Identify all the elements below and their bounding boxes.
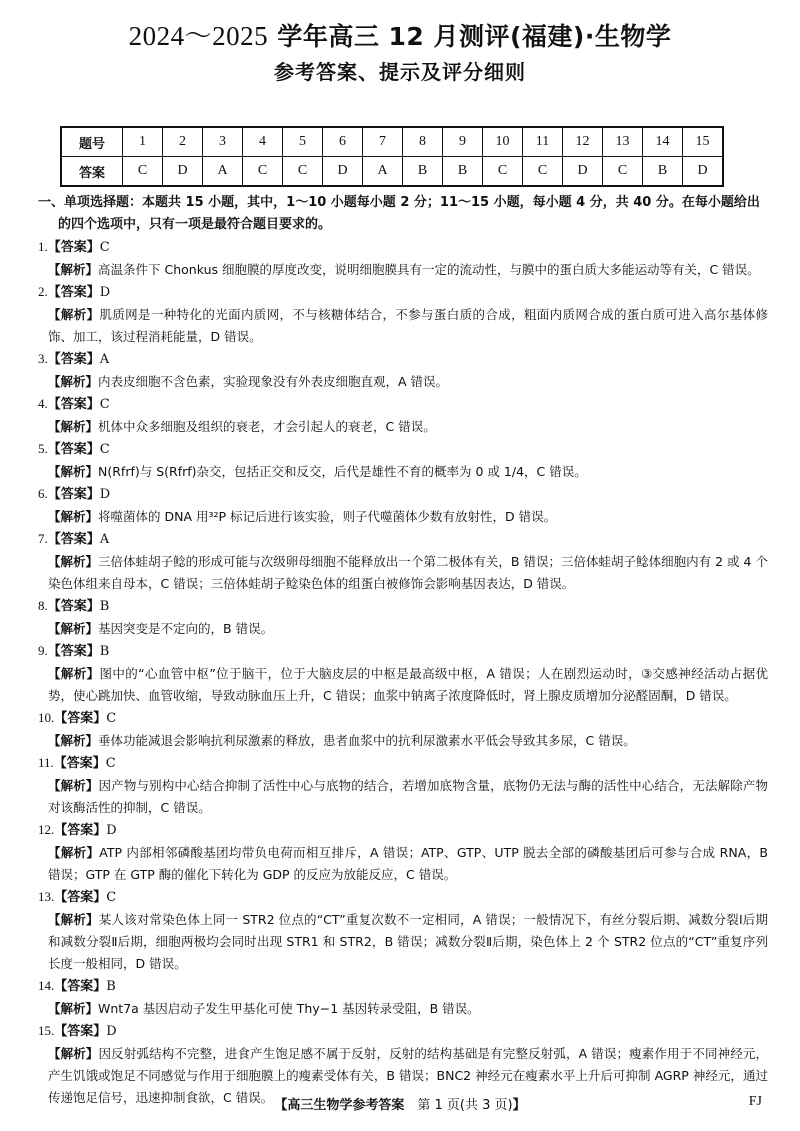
question-item: 8.【答案】B【解析】基因突变是不定向的，B 错误。 [38,595,768,640]
table-cell: 15 [683,127,724,157]
answer-line: 10.【答案】C [38,707,768,730]
analysis-line: 【解析】图中的“心血管中枢”位于脑干，位于大脑皮层的中枢是最高级中枢，A 错误；… [38,663,768,707]
answer-label: 【答案】 [48,599,100,614]
analysis-text: ATP 内部相邻磷酸基团均带负电荷而相互排斥，A 错误；ATP、GTP、UTP … [48,845,768,882]
table-cell: 5 [283,127,323,157]
question-number: 5. [38,441,48,456]
answer-value: C [100,240,110,255]
answer-value: D [100,285,110,300]
table-cell: C [243,157,283,187]
table-cell: 6 [323,127,363,157]
footer-doc-name: 高三生物学参考答案 [287,1098,404,1113]
table-cell: A [363,157,403,187]
analysis-text: 将噬菌体的 DNA 用³²P 标记后进行该实验，则子代噬菌体少数有放射性，D 错… [98,509,556,524]
table-cell: B [643,157,683,187]
analysis-label: 【解析】 [48,1046,99,1061]
question-number: 13. [38,889,54,904]
analysis-text: 内表皮细胞不含色素，实验现象没有外表皮细胞直观，A 错误。 [98,374,448,389]
analysis-label: 【解析】 [48,845,99,860]
table-cell: 12 [563,127,603,157]
answer-label: 【答案】 [48,644,100,659]
answer-explanations: 一、单项选择题：本题共 15 小题，其中，1～10 小题每小题 2 分；11～1… [38,192,768,1109]
question-number: 10. [38,710,54,725]
analysis-text: 三倍体蛙胡子鲶的形成可能与次级卵母细胞不能释放出一个第二极体有关，B 错误；三倍… [48,554,768,591]
analysis-text: 某人该对常染色体上同一 STR2 位点的“CT”重复次数不一定相同，A 错误；一… [48,912,768,971]
table-cell: A [203,157,243,187]
answer-line: 14.【答案】B [38,975,768,998]
row-label-answer: 答案 [61,157,123,187]
table-cell: C [283,157,323,187]
table-cell: 9 [443,127,483,157]
analysis-label: 【解析】 [48,419,98,434]
answer-value: C [106,756,116,771]
row-label-number: 题号 [61,127,123,157]
table-cell: 3 [203,127,243,157]
analysis-label: 【解析】 [48,509,98,524]
table-cell: D [323,157,363,187]
footer-page-info: 第 1 页(共 3 页) [404,1098,512,1113]
analysis-text: 垂体功能减退会影响抗利尿激素的释放，患者血浆中的抗利尿激素水平低会导致其多尿，C… [98,733,636,748]
answer-line: 8.【答案】B [38,595,768,618]
analysis-line: 【解析】基因突变是不定向的，B 错误。 [38,618,768,640]
answer-label: 【答案】 [54,756,106,771]
answer-line: 11.【答案】C [38,752,768,775]
question-number: 9. [38,643,48,658]
table-cell: 10 [483,127,523,157]
analysis-label: 【解析】 [48,621,98,636]
table-cell: D [683,157,724,187]
table-cell: 14 [643,127,683,157]
question-item: 6.【答案】D【解析】将噬菌体的 DNA 用³²P 标记后进行该实验，则子代噬菌… [38,483,768,528]
answer-line: 4.【答案】C [38,393,768,416]
analysis-line: 【解析】因产物与别构中心结合抑制了活性中心与底物的结合，若增加底物含量，底物仍无… [38,775,768,819]
document-title: 2024～2025 学年高三 12 月测评(福建)·生物学 [0,14,800,53]
answer-label: 【答案】 [48,442,100,457]
analysis-line: 【解析】肌质网是一种特化的光面内质网，不与核糖体结合，不参与蛋白质的合成，粗面内… [38,304,768,348]
question-item: 2.【答案】D【解析】肌质网是一种特化的光面内质网，不与核糖体结合，不参与蛋白质… [38,281,768,348]
table-cell: 8 [403,127,443,157]
question-number-row: 题号 1 2 3 4 5 6 7 8 9 10 11 12 13 14 15 [61,127,723,157]
table-cell: D [163,157,203,187]
table-cell: C [603,157,643,187]
answer-value: B [106,979,116,994]
analysis-text: N(Rfrf)与 S(Rfrf)杂交，包括正交和反交，后代是雄性不育的概率为 0… [98,464,587,479]
answer-value: B [100,644,110,659]
table-cell: C [123,157,163,187]
question-number: 8. [38,598,48,613]
answer-label: 【答案】 [54,1024,106,1039]
answer-label: 【答案】 [48,487,100,502]
answer-line: 1.【答案】C [38,236,768,259]
question-item: 11.【答案】C【解析】因产物与别构中心结合抑制了活性中心与底物的结合，若增加底… [38,752,768,819]
answer-line: 2.【答案】D [38,281,768,304]
answer-line: 15.【答案】D [38,1020,768,1043]
question-number: 11. [38,755,54,770]
table-cell: C [523,157,563,187]
analysis-line: 【解析】ATP 内部相邻磷酸基团均带负电荷而相互排斥，A 错误；ATP、GTP、… [38,842,768,886]
question-number: 15. [38,1023,54,1038]
answer-value: C [106,711,116,726]
answer-value: C [100,442,110,457]
analysis-line: 【解析】内表皮细胞不含色素，实验现象没有外表皮细胞直观，A 错误。 [38,371,768,393]
table-cell: 4 [243,127,283,157]
table-cell: 11 [523,127,563,157]
question-number: 1. [38,239,48,254]
question-number: 4. [38,396,48,411]
table-cell: B [403,157,443,187]
answer-label: 【答案】 [54,711,106,726]
question-item: 1.【答案】C【解析】高温条件下 Chonkus 细胞膜的厚度改变，说明细胞膜具… [38,236,768,281]
analysis-label: 【解析】 [48,778,99,793]
answer-line: 5.【答案】C [38,438,768,461]
region-code: FJ [749,1094,762,1110]
analysis-label: 【解析】 [48,307,99,322]
analysis-line: 【解析】机体中众多细胞及组织的衰老，才会引起人的衰老，C 错误。 [38,416,768,438]
analysis-text: 图中的“心血管中枢”位于脑干，位于大脑皮层的中枢是最高级中枢，A 错误；人在剧烈… [48,666,768,703]
question-item: 12.【答案】D【解析】ATP 内部相邻磷酸基团均带负电荷而相互排斥，A 错误；… [38,819,768,886]
analysis-text: 机体中众多细胞及组织的衰老，才会引起人的衰老，C 错误。 [98,419,436,434]
answer-line: 6.【答案】D [38,483,768,506]
analysis-label: 【解析】 [48,262,98,277]
answer-line: 3.【答案】A [38,348,768,371]
analysis-text: Wnt7a 基因启动子发生甲基化可使 Thy−1 基因转录受阻，B 错误。 [98,1001,480,1016]
answer-line: 7.【答案】A [38,528,768,551]
analysis-text: 高温条件下 Chonkus 细胞膜的厚度改变，说明细胞膜具有一定的流动性，与膜中… [98,262,760,277]
analysis-line: 【解析】垂体功能减退会影响抗利尿激素的释放，患者血浆中的抗利尿激素水平低会导致其… [38,730,768,752]
answer-line: 13.【答案】C [38,886,768,909]
question-number: 12. [38,822,54,837]
answer-value: A [100,352,109,367]
analysis-line: 【解析】Wnt7a 基因启动子发生甲基化可使 Thy−1 基因转录受阻，B 错误… [38,998,768,1020]
analysis-label: 【解析】 [48,374,98,389]
title-year: 2024～2025 [129,21,269,51]
section-heading: 一、单项选择题：本题共 15 小题，其中，1～10 小题每小题 2 分；11～1… [38,192,768,236]
table-cell: 13 [603,127,643,157]
question-item: 7.【答案】A【解析】三倍体蛙胡子鲶的形成可能与次级卵母细胞不能释放出一个第二极… [38,528,768,595]
analysis-text: 肌质网是一种特化的光面内质网，不与核糖体结合，不参与蛋白质的合成，粗面内质网合成… [48,307,768,344]
analysis-label: 【解析】 [48,666,100,681]
analysis-line: 【解析】将噬菌体的 DNA 用³²P 标记后进行该实验，则子代噬菌体少数有放射性… [38,506,768,528]
table-cell: D [563,157,603,187]
answer-label: 【答案】 [54,890,106,905]
answer-value: A [100,532,109,547]
answer-label: 【答案】 [48,240,100,255]
question-item: 14.【答案】B【解析】Wnt7a 基因启动子发生甲基化可使 Thy−1 基因转… [38,975,768,1020]
answer-value: C [106,890,116,905]
analysis-text: 基因突变是不定向的，B 错误。 [98,621,273,636]
table-cell: B [443,157,483,187]
question-list: 1.【答案】C【解析】高温条件下 Chonkus 细胞膜的厚度改变，说明细胞膜具… [38,236,768,1109]
table-cell: 1 [123,127,163,157]
table-cell: 7 [363,127,403,157]
analysis-line: 【解析】某人该对常染色体上同一 STR2 位点的“CT”重复次数不一定相同，A … [38,909,768,975]
answer-row: 答案 C D A C C D A B B C C D C B D [61,157,723,187]
answer-value: B [100,599,110,614]
answer-value: D [106,1024,116,1039]
analysis-label: 【解析】 [48,1001,98,1016]
answer-label: 【答案】 [54,823,106,838]
analysis-line: 【解析】N(Rfrf)与 S(Rfrf)杂交，包括正交和反交，后代是雄性不育的概… [38,461,768,483]
analysis-label: 【解析】 [48,554,98,569]
answer-value: D [106,823,116,838]
question-item: 9.【答案】B【解析】图中的“心血管中枢”位于脑干，位于大脑皮层的中枢是最高级中… [38,640,768,707]
answer-label: 【答案】 [48,352,100,367]
analysis-label: 【解析】 [48,464,98,479]
title-text: 学年高三 12 月测评(福建)·生物学 [268,22,671,51]
question-number: 3. [38,351,48,366]
question-item: 4.【答案】C【解析】机体中众多细胞及组织的衰老，才会引起人的衰老，C 错误。 [38,393,768,438]
question-item: 13.【答案】C【解析】某人该对常染色体上同一 STR2 位点的“CT”重复次数… [38,886,768,975]
answer-label: 【答案】 [48,532,100,547]
analysis-label: 【解析】 [48,912,99,927]
answer-value: C [100,397,110,412]
question-item: 3.【答案】A【解析】内表皮细胞不含色素，实验现象没有外表皮细胞直观，A 错误。 [38,348,768,393]
analysis-line: 【解析】高温条件下 Chonkus 细胞膜的厚度改变，说明细胞膜具有一定的流动性… [38,259,768,281]
answer-label: 【答案】 [48,285,100,300]
question-number: 7. [38,531,48,546]
answer-line: 9.【答案】B [38,640,768,663]
answer-label: 【答案】 [54,979,106,994]
answer-value: D [100,487,110,502]
question-number: 6. [38,486,48,501]
question-number: 2. [38,284,48,299]
answer-line: 12.【答案】D [38,819,768,842]
question-number: 14. [38,978,54,993]
page-footer: 【高三生物学参考答案 第 1 页(共 3 页)】 [0,1094,800,1113]
question-item: 10.【答案】C【解析】垂体功能减退会影响抗利尿激素的释放，患者血浆中的抗利尿激… [38,707,768,752]
question-item: 5.【答案】C【解析】N(Rfrf)与 S(Rfrf)杂交，包括正交和反交，后代… [38,438,768,483]
table-cell: C [483,157,523,187]
answer-key-table: 题号 1 2 3 4 5 6 7 8 9 10 11 12 13 14 15 答… [60,126,724,187]
analysis-label: 【解析】 [48,733,98,748]
document-subtitle: 参考答案、提示及评分细则 [0,56,800,85]
answer-label: 【答案】 [48,397,100,412]
analysis-line: 【解析】三倍体蛙胡子鲶的形成可能与次级卵母细胞不能释放出一个第二极体有关，B 错… [38,551,768,595]
analysis-text: 因产物与别构中心结合抑制了活性中心与底物的结合，若增加底物含量，底物仍无法与酶的… [48,778,768,815]
table-cell: 2 [163,127,203,157]
